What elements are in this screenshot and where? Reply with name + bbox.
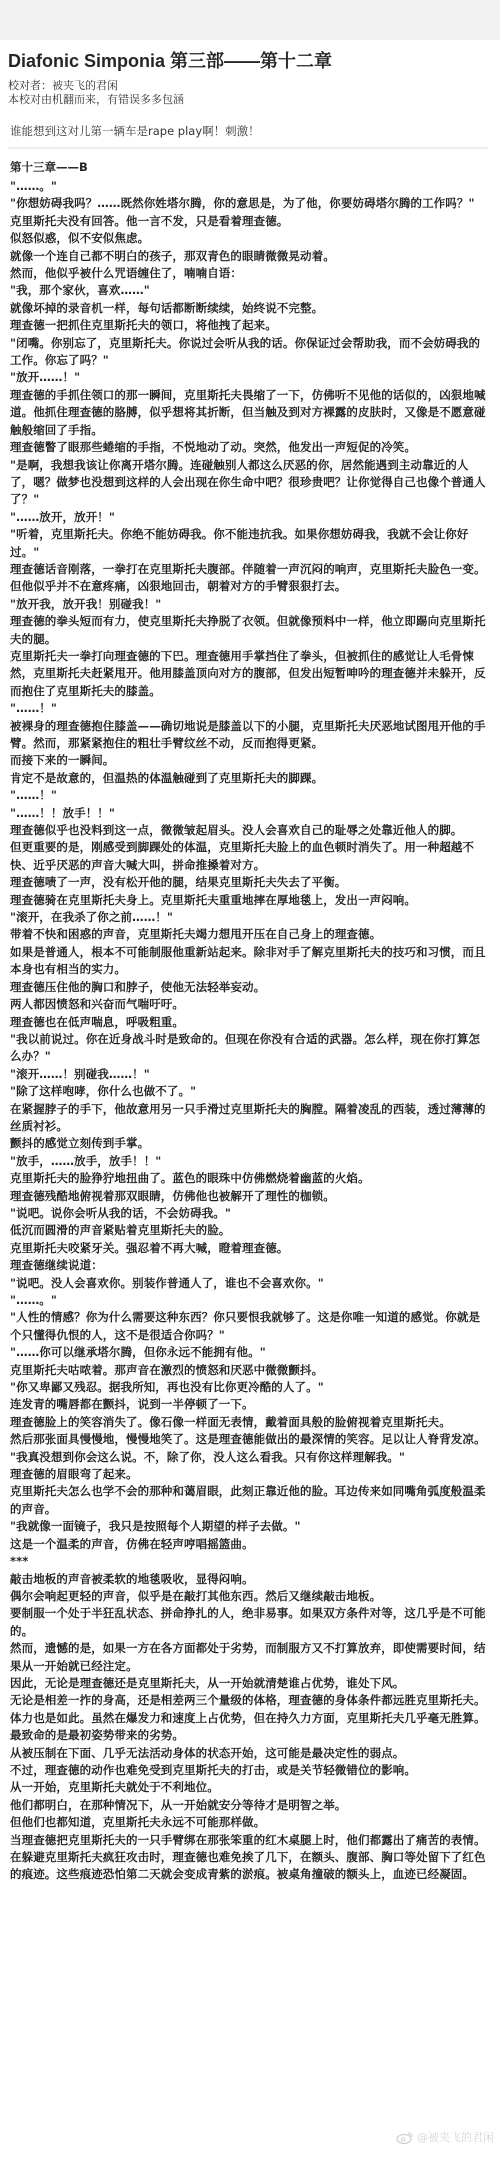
paragraph: "你想妨碍我吗？……既然你姓塔尔腾，你的意思是，为了他，你要妨碍塔尔腾的工作吗？…	[10, 195, 490, 212]
paragraph: 理查德的手抓住领口的那一瞬间，克里斯托夫畏缩了一下，仿佛听不见他的话似的，凶狠地…	[10, 387, 490, 439]
paragraph: 克里斯托夫没有回答。他一言不发，只是看着理查德。	[10, 213, 490, 230]
paragraph: 不过，理查德的动作也难免受到克里斯托夫的打击，或是关节轻微错位的影响。	[10, 1762, 490, 1779]
paragraph: 理查德压住他的胸口和脖子，使他无法轻举妄动。	[10, 979, 490, 996]
paragraph: "说吧。说你会听从我的话，不会妨碍我。"	[10, 1205, 490, 1222]
proofreader-credit: 校对者：被夹飞的君闲	[8, 79, 492, 93]
paragraph: "闭嘴。你别忘了，克里斯托夫。你说过会听从我的话。你保证过会帮助我，而不会妨碍我…	[10, 335, 490, 370]
paragraph: "……！"	[10, 787, 490, 804]
paragraph: 理查德啧了一声，没有松开他的腿，结果克里斯托夫失去了平衡。	[10, 874, 490, 891]
paragraph: "滚开，在我杀了你之前……！"	[10, 909, 490, 926]
paragraph: 理查德的拳头短而有力，使克里斯托夫挣脱了衣领。但就像预料中一样，他立即踢向克里斯…	[10, 613, 490, 648]
post-header: Diafonic Simponia 第三部——第十二章 校对者：被夹飞的君闲 本…	[0, 40, 500, 149]
paragraph: 理查德话音刚落，一拳打在克里斯托夫腹部。伴随着一声沉闷的响声，克里斯托夫脸色一变…	[10, 561, 490, 578]
paragraph: 克里斯托夫一拳打向理查德的下巴。理查德用手掌挡住了拳头，但被抓住的感觉让人毛骨悚…	[10, 648, 490, 700]
paragraph: 体力也是如此。虽然在爆发力和速度上占优势，但在持久力方面，克里斯托夫几乎毫无胜算…	[10, 1710, 490, 1727]
paragraph: "是啊，我想我该让你离开塔尔腾。连碰触别人都这么厌恶的你，居然能遇到主动靠近的人…	[10, 457, 490, 509]
page-title: Diafonic Simponia 第三部——第十二章	[8, 49, 492, 73]
paragraph: "人性的情感？你为什么需要这种东西？你只要恨我就够了。这是你唯一知道的感觉。你就…	[10, 1309, 490, 1344]
paragraph: 要制服一个处于半狂乱状态、拼命挣扎的人，绝非易事。如果双方条件对等，这几乎是不可…	[10, 1605, 490, 1640]
watermark-text: @被夹飞的君闲	[417, 2129, 494, 2145]
paragraph: 理查德一把抓住克里斯托夫的领口，将他拽了起来。	[10, 317, 490, 334]
paragraph: 似怒似惑，似不安似焦虑。	[10, 230, 490, 247]
paragraph: 而接下来的一瞬间。	[10, 752, 490, 769]
paragraph: 理查德也在低声喘息，呼吸粗重。	[10, 1014, 490, 1031]
translation-disclaimer: 本校对由机翻而来，有错误多多包涵	[8, 93, 492, 107]
paragraph: 理查德的眉眼弯了起来。	[10, 1466, 490, 1483]
paragraph: "……。"	[10, 178, 490, 195]
paragraph: "我以前说过。你在近身战斗时是致命的。但现在你没有合适的武器。怎么样，现在你打算…	[10, 1031, 490, 1066]
paragraph: 最致命的是最初姿势带来的劣势。	[10, 1727, 490, 1744]
paragraph: "我，那个家伙，喜欢……"	[10, 282, 490, 299]
paragraph: 低沉而圆滑的声音紧贴着克里斯托夫的脸。	[10, 1222, 490, 1239]
paragraph: 但他们也都知道，克里斯托夫永远不可能那样做。	[10, 1814, 490, 1831]
paragraph: 当理查德把克里斯托夫的一只手臂绑在那张笨重的红木桌腿上时，他们都露出了痛苦的表情…	[10, 1832, 490, 1849]
paragraph: 颤抖的感觉立刻传到手掌。	[10, 1135, 490, 1152]
paragraph-list: "……。""你想妨碍我吗？……既然你姓塔尔腾，你的意思是，为了他，你要妨碍塔尔腾…	[10, 178, 490, 1884]
weibo-icon	[396, 2131, 414, 2144]
paragraph: 理查德似乎也没料到这一点，微微皱起眉头。没人会喜欢自己的耻辱之处靠近他人的脚。	[10, 822, 490, 839]
paragraph: 就像坏掉的录音机一样，每句话都断断续续，始终说不完整。	[10, 300, 490, 317]
paragraph: "除了这样咆哮，你什么也做不了。"	[10, 1083, 490, 1100]
paragraph: "听着，克里斯托夫。你绝不能妨碍我。你不能违抗我。如果你想妨碍我，我就不会让你好…	[10, 526, 490, 561]
paragraph: 在躲避克里斯托夫疯狂攻击时，理查德也难免挨了几下，在额头、腹部、胸口等处留下了红…	[10, 1849, 490, 1884]
paragraph: "你又卑鄙又残忍。据我所知，再也没有比你更冷酷的人了。"	[10, 1379, 490, 1396]
top-banner-area	[0, 0, 500, 40]
paragraph: 从被压制在下面、几乎无法活动身体的状态开始，这可能是最决定性的弱点。	[10, 1745, 490, 1762]
paragraph: 偶尔会响起更轻的声音，似乎是在敲打其他东西。然后又继续敲击地板。	[10, 1588, 490, 1605]
paragraph: 然后那张面具慢慢地，慢慢地笑了。这是理查德能做出的最深情的笑容。足以让人脊背发凉…	[10, 1431, 490, 1448]
paragraph: 理查德继续说道：	[10, 1257, 490, 1274]
watermark: @被夹飞的君闲	[396, 2129, 494, 2145]
paragraph: "放开我，放开我！别碰我！"	[10, 596, 490, 613]
paragraph: "放开……！"	[10, 369, 490, 386]
paragraph: "……！！放手！！"	[10, 805, 490, 822]
paragraph: 在紧握脖子的手下，他故意用另一只手滑过克里斯托夫的胸膛。隔着凌乱的西装，透过薄薄…	[10, 1101, 490, 1136]
paragraph: 克里斯托夫的脸狰狞地扭曲了。蓝色的眼珠中仿佛燃烧着幽蓝的火焰。	[10, 1170, 490, 1187]
translator-note: 谁能想到这对儿第一辆车是rape play啊！刺激！	[8, 123, 488, 149]
paragraph: 但更重要的是，刚感受到脚踝处的体温，克里斯托夫脸上的血色顿时消失了。用一种超越不…	[10, 839, 490, 874]
paragraph: "放手，……放手，放手！！"	[10, 1153, 490, 1170]
chapter-heading: 第十三章——B	[10, 159, 490, 175]
paragraph: 然而，遗憾的是，如果一方在各方面都处于劣势，而制服方又不打算放弃，即使需要时间，…	[10, 1640, 490, 1675]
paragraph: 然而，他似乎被什么咒语缠住了，喃喃自语：	[10, 265, 490, 282]
paragraph: "……。"	[10, 1292, 490, 1309]
paragraph: 连发青的嘴唇都在颤抖，说到一半停顿了一下。	[10, 1396, 490, 1413]
paragraph: "……！"	[10, 700, 490, 717]
paragraph: 敲击地板的声音被柔软的地毯吸收，显得闷响。	[10, 1571, 490, 1588]
paragraph: 理查德骑在克里斯托夫身上。克里斯托夫重重地摔在厚地毯上，发出一声闷响。	[10, 892, 490, 909]
paragraph: 他们都明白，在那种情况下，从一开始就安分等待才是明智之举。	[10, 1797, 490, 1814]
paragraph: "我真没想到你会这么说。不，除了你，没人这么看我。只有你这样理解我。"	[10, 1449, 490, 1466]
paragraph: 但他似乎并不在意疼痛，凶狠地回击，朝着对方的手臂狠狠打去。	[10, 578, 490, 595]
paragraph: 被裸身的理查德抱住膝盖——确切地说是膝盖以下的小腿，克里斯托夫厌恶地试图甩开他的…	[10, 718, 490, 753]
paragraph: 克里斯托夫怎么也学不会的那种和蔼眉眼，此刻正靠近他的脸。耳边传来如同嘴角弧度般温…	[10, 1483, 490, 1518]
paragraph: 如果是普通人，根本不可能制服他重新站起来。除非对手了解克里斯托夫的技巧和习惯，而…	[10, 944, 490, 979]
paragraph: "我就像一面镜子，我只是按照每个人期望的样子去做。"	[10, 1518, 490, 1535]
paragraph: 理查德残酷地俯视着那双眼睛，仿佛他也被解开了理性的枷锁。	[10, 1188, 490, 1205]
paragraph: "……放开，放开！"	[10, 509, 490, 526]
paragraph: 理查德瞥了眼那些蜷缩的手指，不悦地动了动。突然，他发出一声短促的冷笑。	[10, 439, 490, 456]
paragraph: 从一开始，克里斯托夫就处于不利地位。	[10, 1779, 490, 1796]
paragraph: 肯定不是故意的，但温热的体温触碰到了克里斯托夫的脚踝。	[10, 770, 490, 787]
paragraph: "说吧。没人会喜欢你。别装作普通人了，谁也不会喜欢你。"	[10, 1275, 490, 1292]
paragraph: 因此，无论是理查德还是克里斯托夫，从一开始就清楚谁占优势，谁处下风。	[10, 1675, 490, 1692]
paragraph: 克里斯托夫咬紧牙关。强忍着不再大喊，瞪着理查德。	[10, 1240, 490, 1257]
paragraph: 无论是相差一拃的身高，还是相差两三个量级的体格，理查德的身体条件都远胜克里斯托夫…	[10, 1692, 490, 1709]
paragraph: 就像一个连自己都不明白的孩子，那双青色的眼睛微微晃动着。	[10, 248, 490, 265]
paragraph: 这是一个温柔的声音，仿佛在轻声哼唱摇篮曲。	[10, 1536, 490, 1553]
paragraph: ***	[10, 1553, 490, 1570]
paragraph: "滚开……！别碰我……！"	[10, 1066, 490, 1083]
paragraph: 克里斯托夫咕哝着。那声音在激烈的愤怒和厌恶中微微颤抖。	[10, 1362, 490, 1379]
paragraph: 两人都因愤怒和兴奋而气喘吁吁。	[10, 996, 490, 1013]
chapter-body: 第十三章——B "……。""你想妨碍我吗？……既然你姓塔尔腾，你的意思是，为了他…	[0, 149, 500, 1884]
paragraph: "……你可以继承塔尔腾，但你永远不能拥有他。"	[10, 1344, 490, 1361]
paragraph: 理查德脸上的笑容消失了。像石像一样面无表情，戴着面具般的脸俯视着克里斯托夫。	[10, 1414, 490, 1431]
paragraph: 带着不快和困惑的声音，克里斯托夫竭力想甩开压在自己身上的理查德。	[10, 926, 490, 943]
